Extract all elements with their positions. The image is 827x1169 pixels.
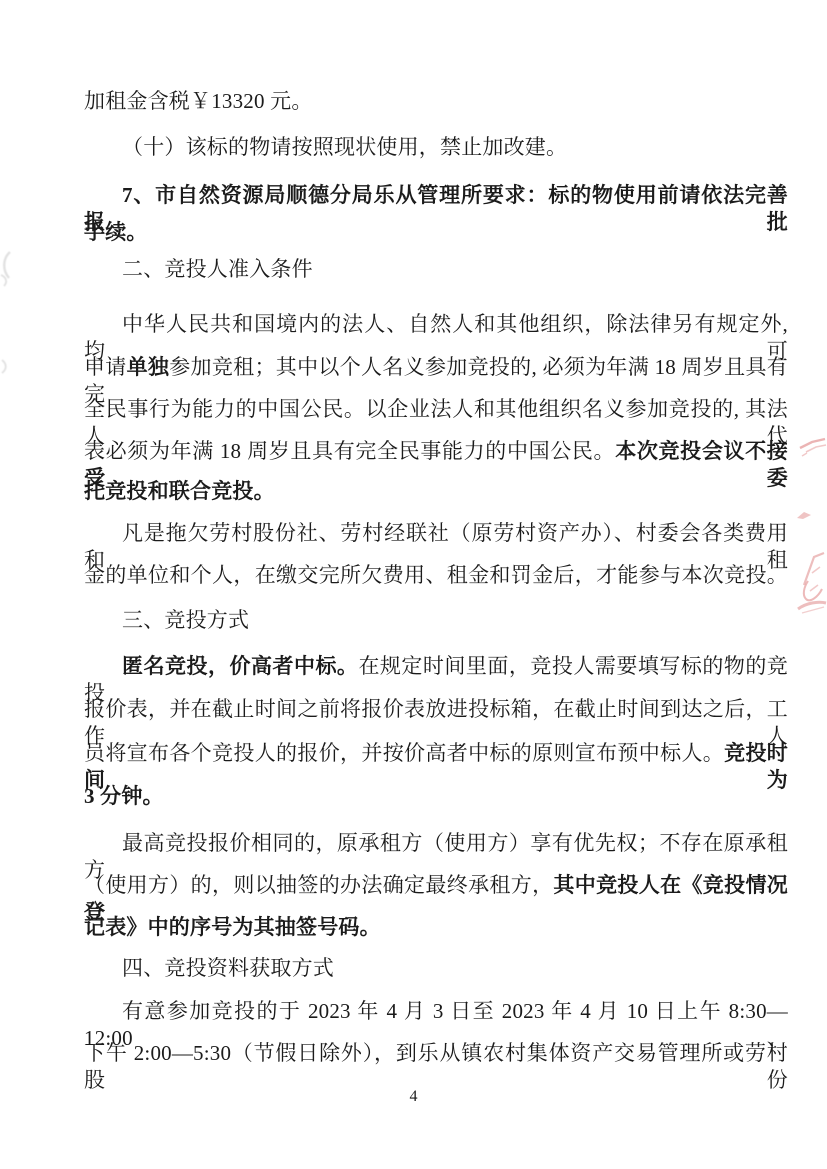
doc-line: 3 分钟。 — [84, 783, 788, 810]
doc-line: 下午 2:00—5:30（节假日除外），到乐从镇农村集体资产交易管理所或劳村股份 — [84, 1040, 788, 1094]
doc-line: （十）该标的物请按照现状使用，禁止加改建。 — [84, 134, 788, 161]
doc-line: 托竞投和联合竞投。 — [84, 478, 788, 505]
text-segment: （使用方）的，则以抽签的办法确定最终承租方， — [84, 873, 553, 897]
doc-line: 金的单位和个人，在缴交完所欠费用、租金和罚金后，才能参与本次竞投。 — [84, 562, 788, 589]
text-segment: 金的单位和个人，在缴交完所欠费用、租金和罚金后，才能参与本次竞投。 — [84, 563, 788, 587]
scan-artifact — [0, 358, 10, 379]
doc-line: 加租金含税￥13320 元。 — [84, 88, 788, 115]
text-segment: 三、竞投方式 — [122, 608, 249, 632]
doc-line: 三、竞投方式 — [84, 607, 788, 634]
doc-line: 手续。 — [84, 219, 788, 246]
stamp-fragment-icon — [798, 436, 827, 466]
bold-text-segment: 匿名竞投，价高者中标。 — [122, 654, 358, 678]
document-page: 加租金含税￥13320 元。（十）该标的物请按照现状使用，禁止加改建。7、市自然… — [0, 0, 827, 1169]
text-segment: 员将宣布各个竞投人的报价，并按价高者中标的原则宣布预中标人。 — [84, 741, 724, 765]
bold-text-segment: 托竞投和联合竞投。 — [84, 479, 275, 503]
scan-artifact — [0, 250, 12, 285]
text-segment: 四、竞投资料获取方式 — [122, 956, 334, 980]
stamp-fragment-icon — [795, 509, 813, 522]
text-segment: （十）该标的物请按照现状使用，禁止加改建。 — [122, 135, 567, 159]
doc-line: 二、竞投人准入条件 — [84, 256, 788, 283]
doc-line: 记表》中的序号为其抽签号码。 — [84, 914, 788, 941]
bold-text-segment: 单独 — [127, 355, 170, 379]
text-segment: 二、竞投人准入条件 — [122, 257, 313, 281]
doc-line: 四、竞投资料获取方式 — [84, 955, 788, 982]
page-number: 4 — [0, 1088, 827, 1106]
text-segment: 下午 2:00—5:30（节假日除外），到乐从镇农村集体资产交易管理所或劳村股份 — [84, 1041, 788, 1092]
bold-text-segment: 记表》中的序号为其抽签号码。 — [84, 915, 381, 939]
bold-text-segment: 3 分钟。 — [84, 784, 164, 808]
text-segment: 表必须为年满 18 周岁且具有完全民事能力的中国公民。 — [84, 439, 615, 463]
text-segment: 申请 — [84, 355, 127, 379]
bold-text-segment: 手续。 — [84, 220, 148, 244]
text-segment: 加租金含税￥13320 元。 — [84, 89, 313, 113]
stamp-fragment-icon — [794, 551, 827, 615]
scan-artifact — [0, 272, 10, 293]
